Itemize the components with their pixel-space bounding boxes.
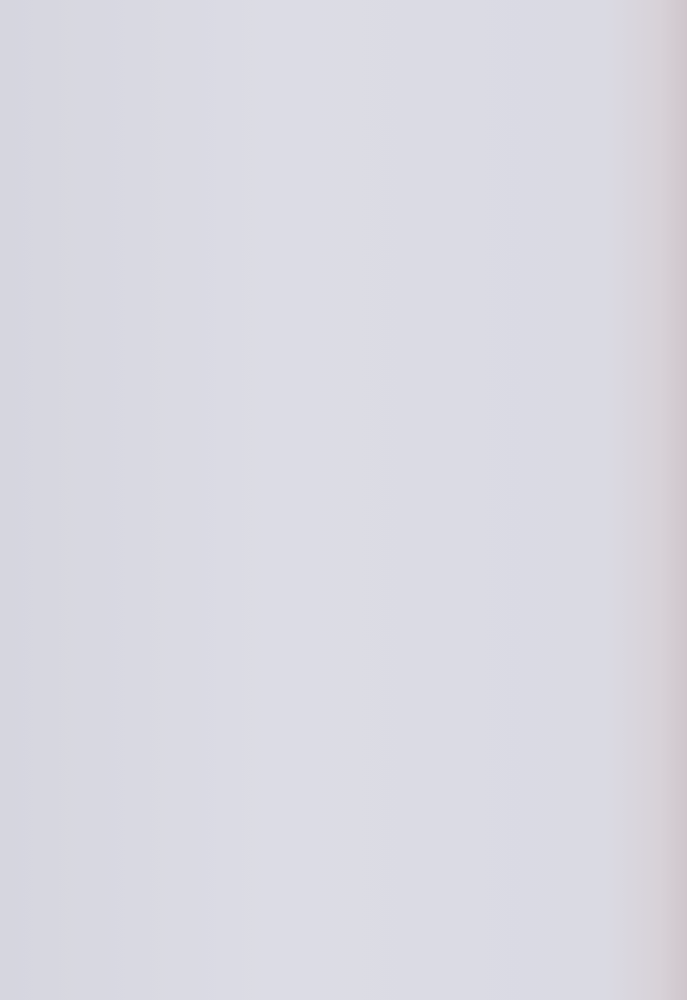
typewritten-page — [0, 0, 687, 1000]
